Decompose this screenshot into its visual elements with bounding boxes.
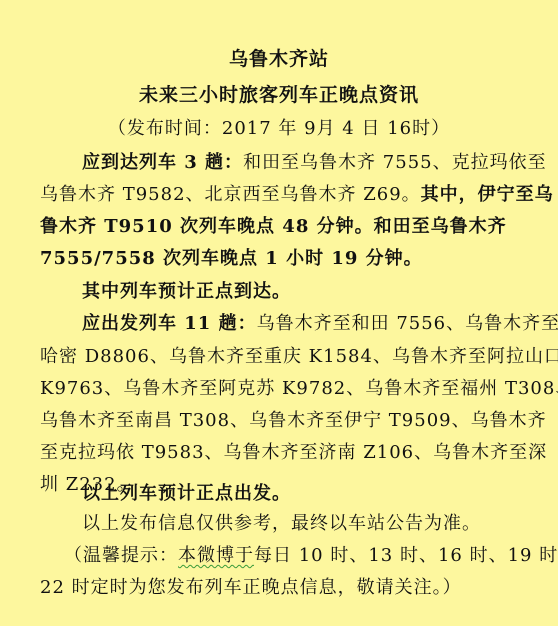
departures-line-3: K9763、乌鲁木齐至阿克苏 K9782、乌鲁木齐至福州 T308、 <box>40 377 558 401</box>
arrivals-note: 其中列车预计正点到达。 <box>82 280 558 304</box>
departures-line-5: 至克拉玛依 T9583、乌鲁木齐至济南 Z106、乌鲁木齐至深 <box>40 441 558 465</box>
tip-line-2: 22 时定时为您发布列车正晚点信息，敬请关注。） <box>40 576 558 600</box>
station-title: 乌鲁木齐站 <box>0 47 558 71</box>
arrivals-line-4: 7555/7558 次列车晚点 1 小时 19 分钟。 <box>40 247 558 271</box>
train-status-document: 乌鲁木齐站 未来三小时旅客列车正晚点资讯 （发布时间：2017 年 9月 4 日… <box>0 0 558 626</box>
departures-line-1: 应出发列车 11 趟：乌鲁木齐至和田 7556、乌鲁木齐至 <box>82 312 558 336</box>
arrivals-heading: 应到达列车 3 趟： <box>82 152 243 173</box>
document-subtitle: 未来三小时旅客列车正晚点资讯 <box>0 83 558 107</box>
arrivals-line-3: 鲁木齐 T9510 次列车晚点 48 分钟。和田至乌鲁木齐 <box>40 215 558 239</box>
departures-line-2: 哈密 D8806、乌鲁木齐至重庆 K1584、乌鲁木齐至阿拉山口 <box>40 345 558 369</box>
publish-time: （发布时间：2017 年 9月 4 日 16时） <box>0 117 558 141</box>
departures-note: 以上列车预计正点出发。 <box>82 482 558 506</box>
arrivals-line-2: 乌鲁木齐 T9582、北京西至乌鲁木齐 Z69。其中，伊宁至乌 <box>40 183 558 207</box>
tip-line-1: （温馨提示：本微博于每日 10 时、13 时、16 时、19 时、 <box>64 544 558 568</box>
disclaimer: 以上发布信息仅供参考，最终以车站公告为准。 <box>82 512 558 536</box>
arrivals-line-1: 应到达列车 3 趟：和田至乌鲁木齐 7555、克拉玛依至 <box>82 151 558 175</box>
departures-heading: 应出发列车 11 趟： <box>82 313 257 334</box>
departures-line-4: 乌鲁木齐至南昌 T308、乌鲁木齐至伊宁 T9509、乌鲁木齐 <box>40 409 558 433</box>
spellcheck-underlined-text: 本微博于 <box>178 545 254 566</box>
